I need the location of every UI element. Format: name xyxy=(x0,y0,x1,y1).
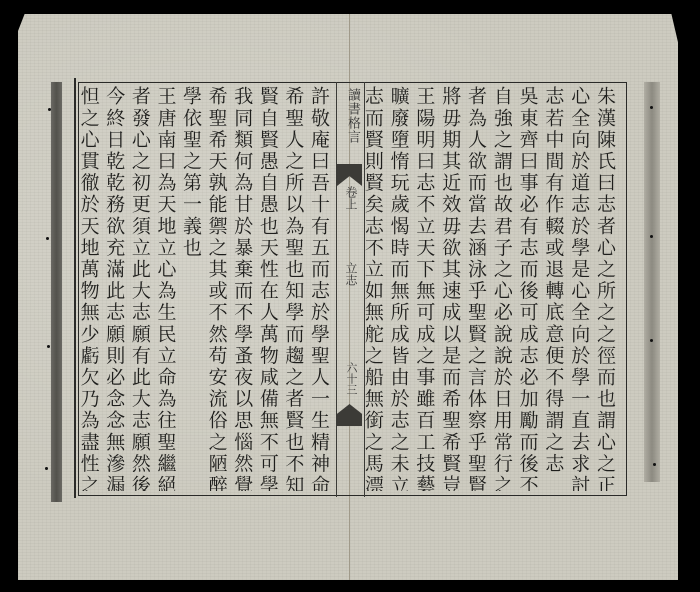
stitch-hole xyxy=(46,237,49,240)
text-column: 許敬庵曰吾十有五而志於學聖人一生精神命脉只在志學一言學聖 xyxy=(310,86,336,491)
fishtail-upper-icon xyxy=(337,164,362,186)
volume-label: 卷上 xyxy=(343,186,360,210)
right-binding-strip xyxy=(644,82,660,482)
text-column: 王陽明曰志不立天下無可成之事雖百工技藝未有不本於志者今學者 xyxy=(416,86,442,491)
text-column: 將毋期其近效毋欲其速成以是而希聖希賢豈殊途也 xyxy=(441,86,467,491)
text-column: 今終日乾乾務欲充滿此志願則必念念無滲漏事事無衍忘遺滿腔側 xyxy=(106,86,132,491)
text-column: 心全向於道志於學是心全向於學一直去求討要必得那箇事物便是 xyxy=(570,86,596,491)
text-column: 者發心之初更須立此大志願有此大志願然後能量包宇宙度越古 xyxy=(131,86,157,491)
stitch-hole xyxy=(653,463,656,466)
text-column: 志而賢則賢矣志不立如無舵之船無銜之馬漂蕩奔逸終亦何所底也 xyxy=(364,86,390,491)
book-title: 讀書格言 xyxy=(343,88,362,144)
text-column: 朱漢陳氏曰志者心之所之之徑而也謂心之正面全向那裏去如志於道是 xyxy=(596,86,622,491)
text-column: 自強之謂也故君子之心必說說於日用常行之間何者為天理而當行何 xyxy=(493,86,519,491)
stitch-hole xyxy=(650,339,653,342)
fishtail-lower-icon xyxy=(337,404,362,426)
stitch-hole xyxy=(650,106,653,109)
text-column: 學依聖之第一義也 xyxy=(182,86,208,491)
stitch-hole xyxy=(650,235,653,238)
stitch-hole xyxy=(48,108,51,111)
right-page-text: 朱漢陳氏曰志者心之所之之徑而也謂心之正面全向那裏去如志於道是 心全向於道志於學是… xyxy=(364,86,622,491)
text-column: 希聖人之所以為聖也知學而趨之者賢也不知而厭之者愚非聖自聖 xyxy=(285,86,311,491)
text-column: 希聖希天孰能禦之其或不然苟安流俗之陋醉生夢死無可語處故志 xyxy=(208,86,234,491)
left-binding-strip xyxy=(51,82,62,502)
text-column: 吳東齊曰事必有志而後可成志必加勵而後不怠蓋志心所向而勵則 xyxy=(519,86,545,491)
stitch-hole xyxy=(47,345,50,348)
text-column: 怛之心貫徹於天地萬物無少虧欠乃為盡性之實功此聖門求仁之學也 xyxy=(80,86,106,491)
page-number: 六十三 xyxy=(343,362,359,395)
stitch-hole xyxy=(45,467,48,470)
left-page-text: 許敬庵曰吾十有五而志於學聖人一生精神命脉只在志學一言學聖 希聖人之所以為聖也知學… xyxy=(80,86,336,491)
outer-border-line xyxy=(74,78,76,498)
section-label: 立志 xyxy=(343,262,360,286)
text-column: 我同類何為甘於暴棄而不學蚤夜以思惱然覺悟苟志於學希賢 xyxy=(234,86,260,491)
text-column: 賢自賢愚自愚也天性在人萬物咸備無不可學而能千古聖賢與 xyxy=(259,86,285,491)
center-margin-column: 讀書格言 卷上 立志 六十三 xyxy=(336,82,365,497)
text-column: 曠廢墮惰玩歲愒時而無所成皆由於志之未立故立志而聖則聖矣立 xyxy=(390,86,416,491)
text-column: 志若中間有作輟或退轉底意便不得謂之志 xyxy=(545,86,571,491)
text-column: 者為人欲而當去涵泳乎聖賢之言体察乎聖賢之行優柔厭飫日皆 xyxy=(467,86,493,491)
text-column: 王唐南曰為天地立心為生民立命為往聖繼絕學為萬世開太平學 xyxy=(157,86,183,491)
